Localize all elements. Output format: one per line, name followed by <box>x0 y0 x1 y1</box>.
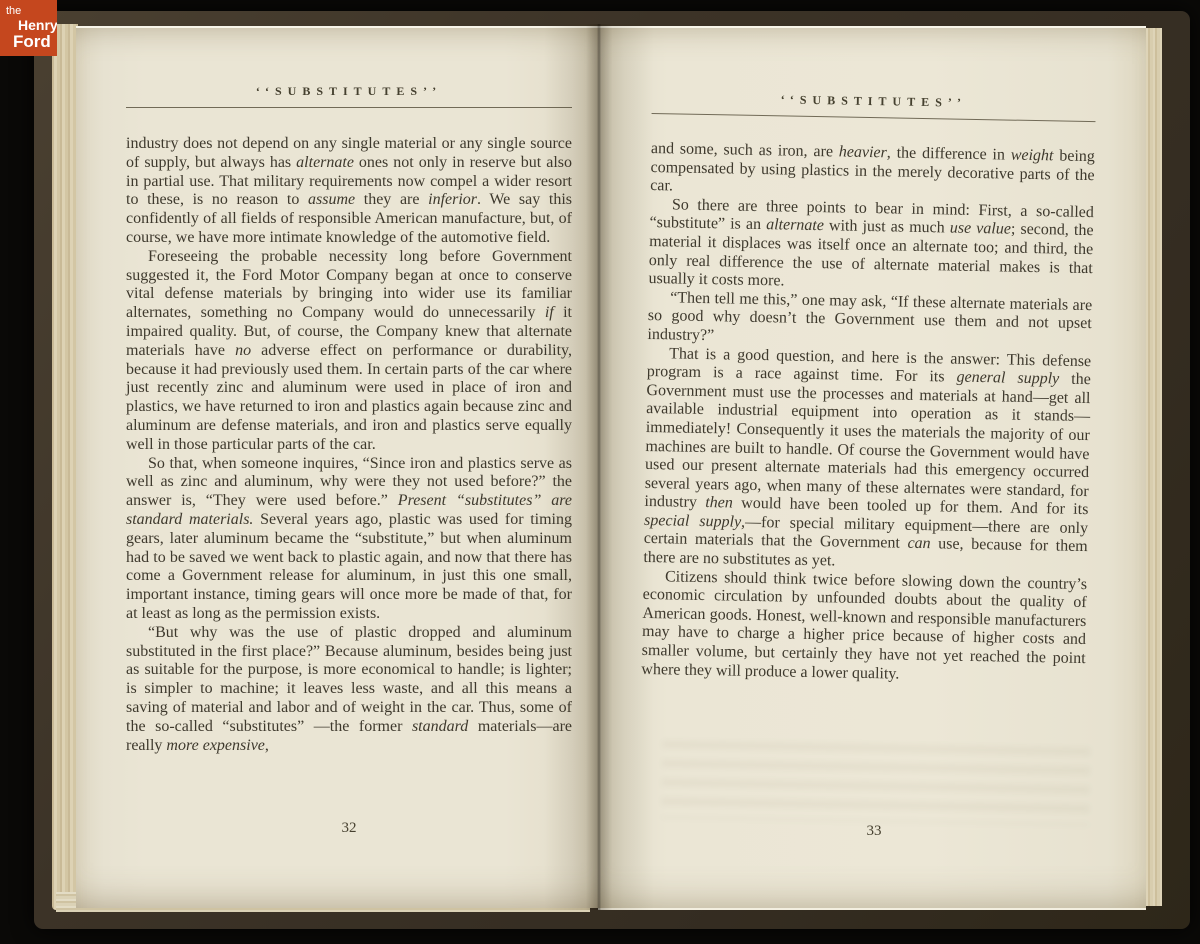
paragraph: “But why was the use of plastic dropped … <box>126 624 572 756</box>
page-edges-left <box>52 24 78 910</box>
italic-text-run: more expensive <box>166 737 264 754</box>
running-head: ‘‘SUBSTITUTES’’ <box>781 92 967 109</box>
logo-text-henry: Henry <box>18 18 57 32</box>
paragraph: So that, when someone inquires, “Since i… <box>126 455 572 624</box>
scanned-book-photo: ‘‘SUBSTITUTES’’ industry does not depend… <box>0 0 1200 944</box>
paragraph: and some, such as iron, are heavier, the… <box>650 140 1095 204</box>
italic-text-run: then <box>705 494 733 512</box>
italic-text-run: general supply <box>956 369 1059 388</box>
paragraph: “Then tell me this,” one may ask, “If th… <box>647 289 1092 353</box>
paragraph: industry does not depend on any single m… <box>126 135 572 248</box>
italic-text-run: if <box>545 304 554 321</box>
paragraph: That is a good question, and here is the… <box>643 344 1091 575</box>
text-run: with just as much <box>824 218 950 237</box>
text-run: Foreseeing the probable necessity long b… <box>126 248 572 321</box>
italic-text-run: can <box>907 535 930 552</box>
paragraph: Citizens should think twice before slowi… <box>641 568 1087 688</box>
italic-text-run: alternate <box>296 154 354 171</box>
italic-text-run: assume <box>308 191 355 208</box>
page-body-right: and some, such as iron, are heavier, the… <box>641 140 1095 687</box>
page-header-left: ‘‘SUBSTITUTES’’ <box>126 84 572 108</box>
henry-ford-logo: the Henry Ford <box>0 0 57 56</box>
italic-text-run: heavier <box>839 143 887 161</box>
text-run: they are <box>355 191 428 208</box>
text-run: Citizens should think twice before slowi… <box>641 568 1087 682</box>
italic-text-run: special supply <box>644 512 741 531</box>
running-head: ‘‘SUBSTITUTES’’ <box>256 84 442 98</box>
page-number-right: 33 <box>652 823 1096 840</box>
text-run: “Then tell me this,” one may ask, “If th… <box>647 289 1092 344</box>
italic-text-run: standard <box>412 718 468 735</box>
italic-text-run: alternate <box>766 216 824 234</box>
page-body-left: industry does not depend on any single m… <box>126 135 572 755</box>
italic-text-run: no <box>235 342 251 359</box>
logo-text-ford: Ford <box>13 33 57 50</box>
logo-text-the: the <box>6 6 57 17</box>
italic-text-run: weight <box>1011 147 1054 165</box>
text-run: , the difference in <box>887 144 1011 163</box>
paragraph: Foreseeing the probable necessity long b… <box>126 248 572 455</box>
italic-text-run: use value <box>950 220 1011 238</box>
text-run: the Government must use the processes an… <box>644 371 1091 512</box>
paragraph: So there are three points to bear in min… <box>648 196 1094 297</box>
text-run: and some, such as iron, are <box>651 140 839 160</box>
text-run: , <box>265 737 269 754</box>
right-page-column: ‘‘SUBSTITUTES’’ and some, such as iron, … <box>641 90 1096 687</box>
page-edges-right <box>1146 28 1162 906</box>
left-page-column: ‘‘SUBSTITUTES’’ industry does not depend… <box>126 84 572 755</box>
italic-text-run: inferior <box>428 191 477 208</box>
page-number-left: 32 <box>126 820 572 837</box>
